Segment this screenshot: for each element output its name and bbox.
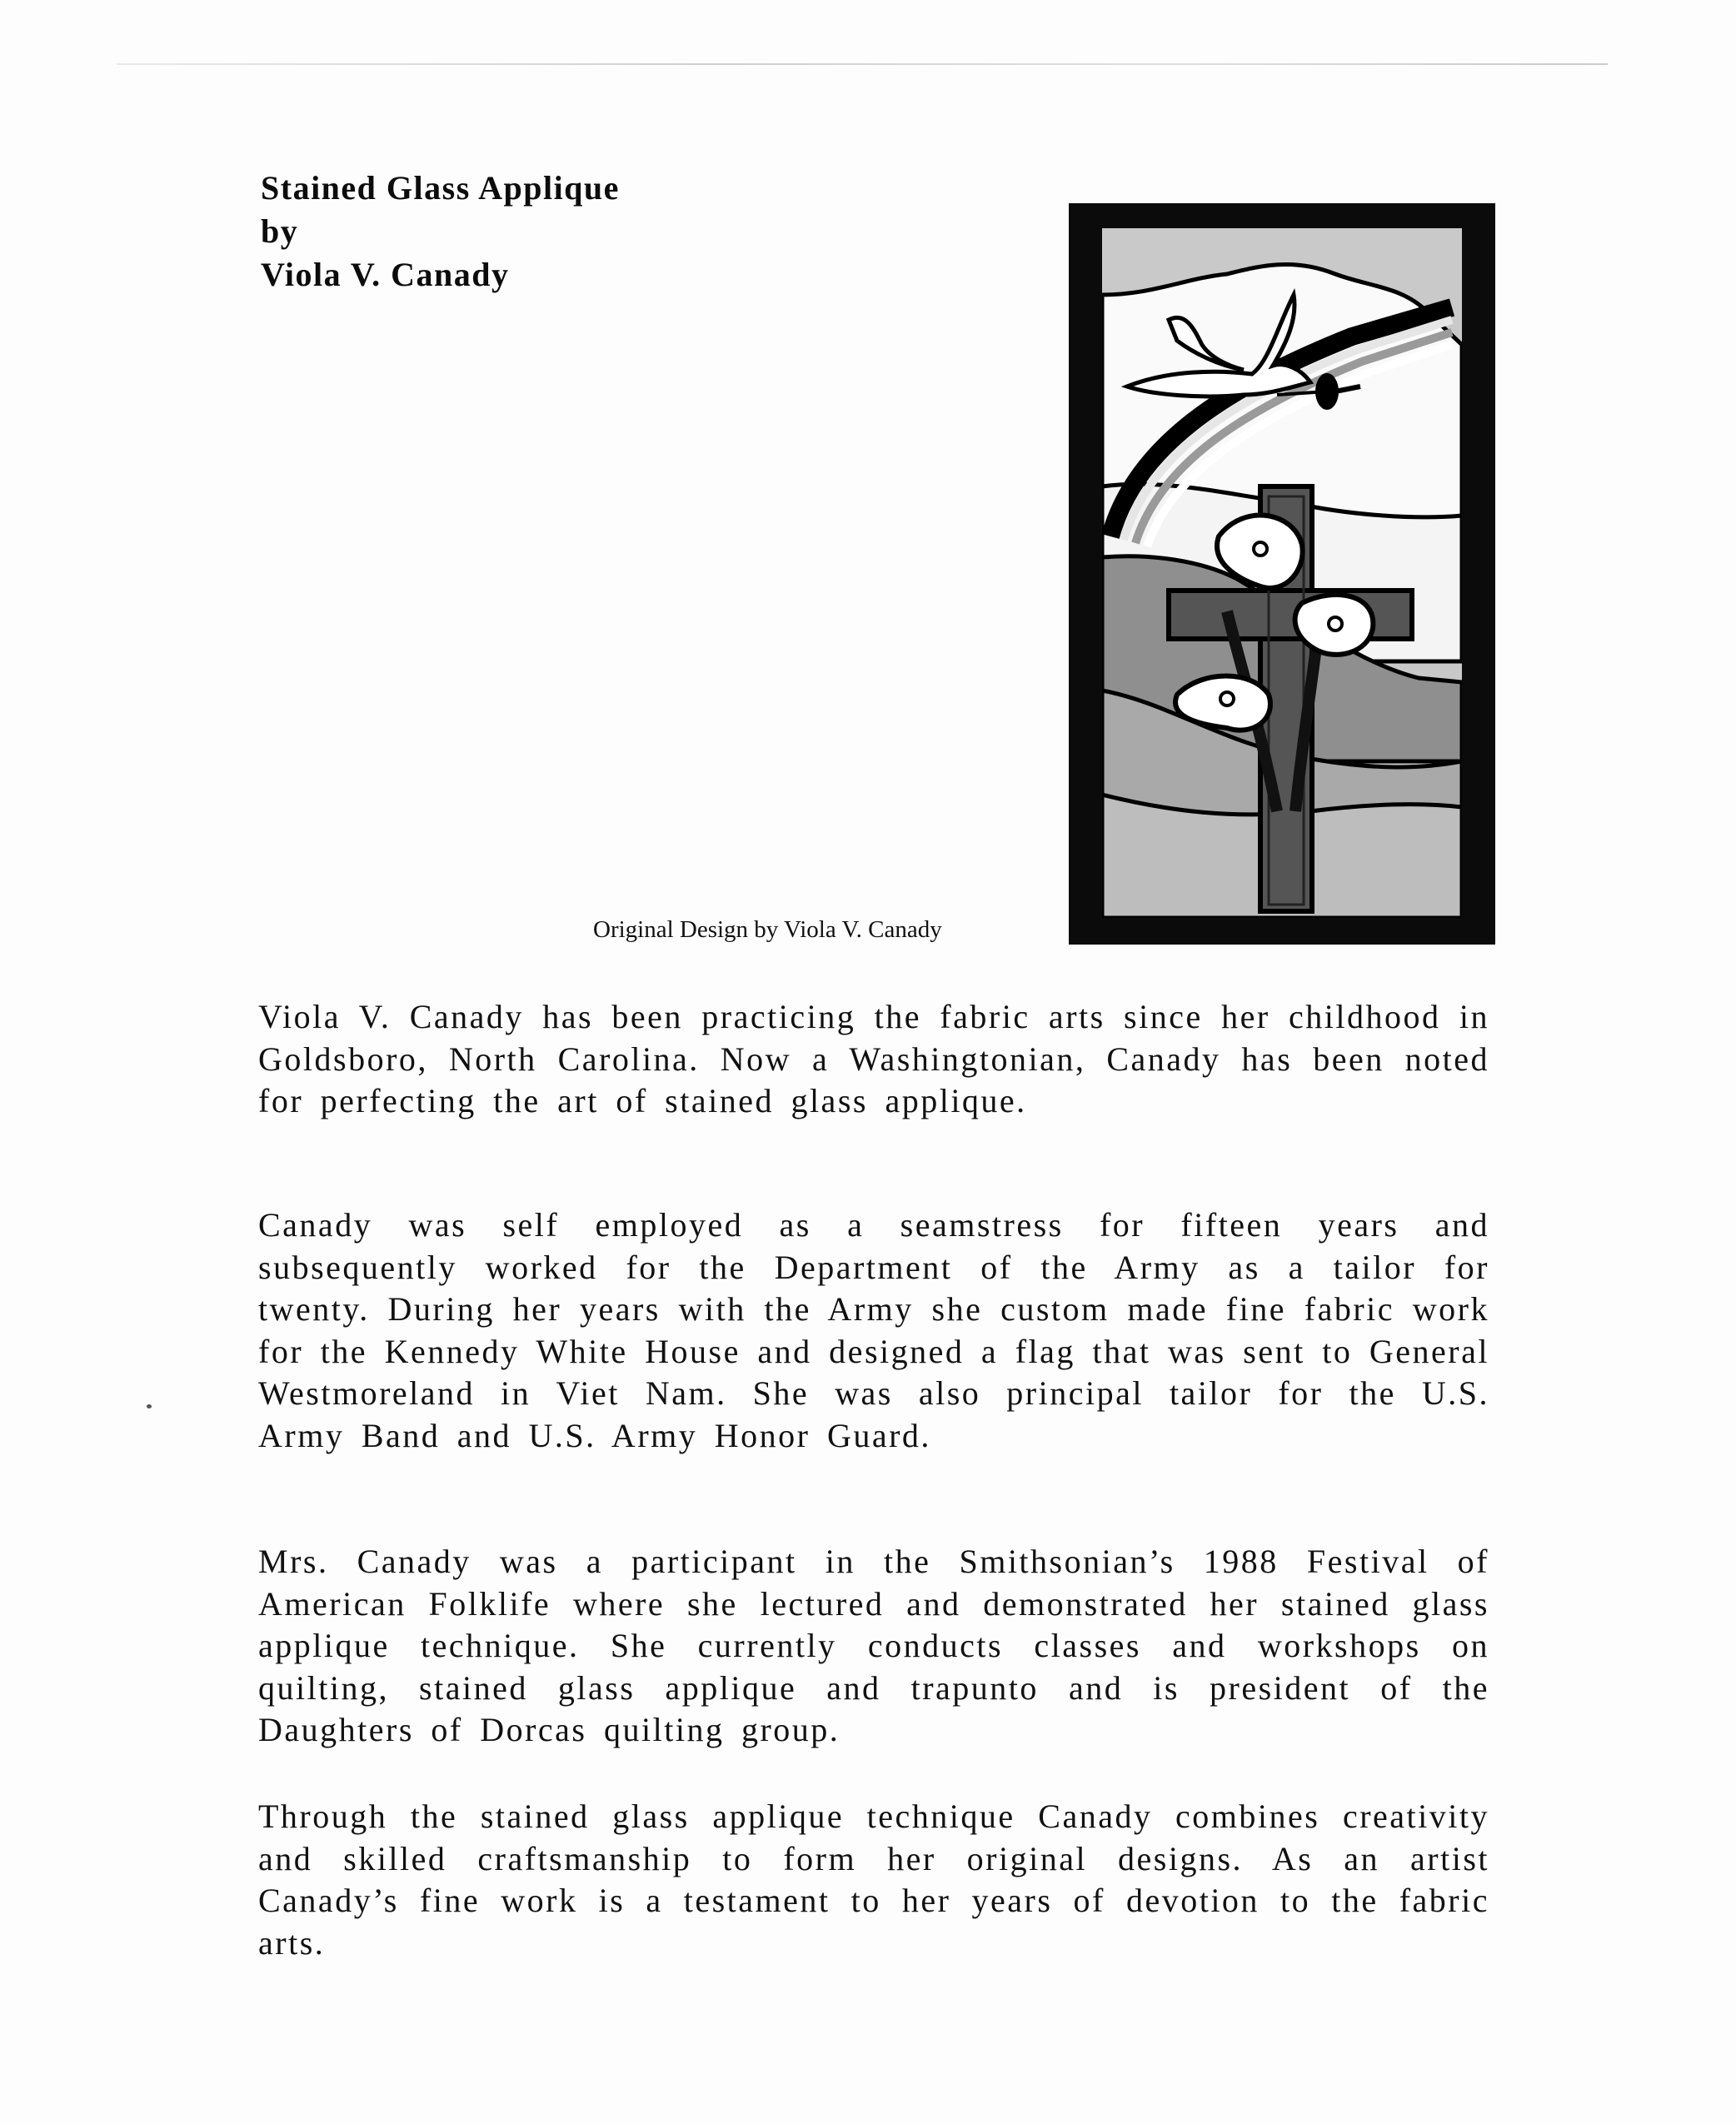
paragraph-4: Through the stained glass applique techn… — [258, 1796, 1489, 1964]
scan-speck — [147, 1404, 152, 1409]
scan-artifact-line — [117, 63, 1608, 65]
stained-glass-artwork — [1069, 203, 1495, 945]
paragraph-3: Mrs. Canady was a participant in the Smi… — [258, 1541, 1489, 1752]
title-line-1: Stained Glass Applique — [261, 167, 620, 210]
figure-caption: Original Design by Viola V. Canady — [593, 916, 942, 944]
artwork-illustration — [1102, 228, 1462, 918]
document-title: Stained Glass Applique by Viola V. Canad… — [261, 167, 620, 297]
paragraph-2: Canady was self employed as a seamstress… — [258, 1204, 1489, 1457]
title-line-2: by — [261, 210, 620, 253]
paragraph-1: Viola V. Canady has been practicing the … — [258, 996, 1489, 1123]
title-line-3: Viola V. Canady — [261, 253, 620, 297]
